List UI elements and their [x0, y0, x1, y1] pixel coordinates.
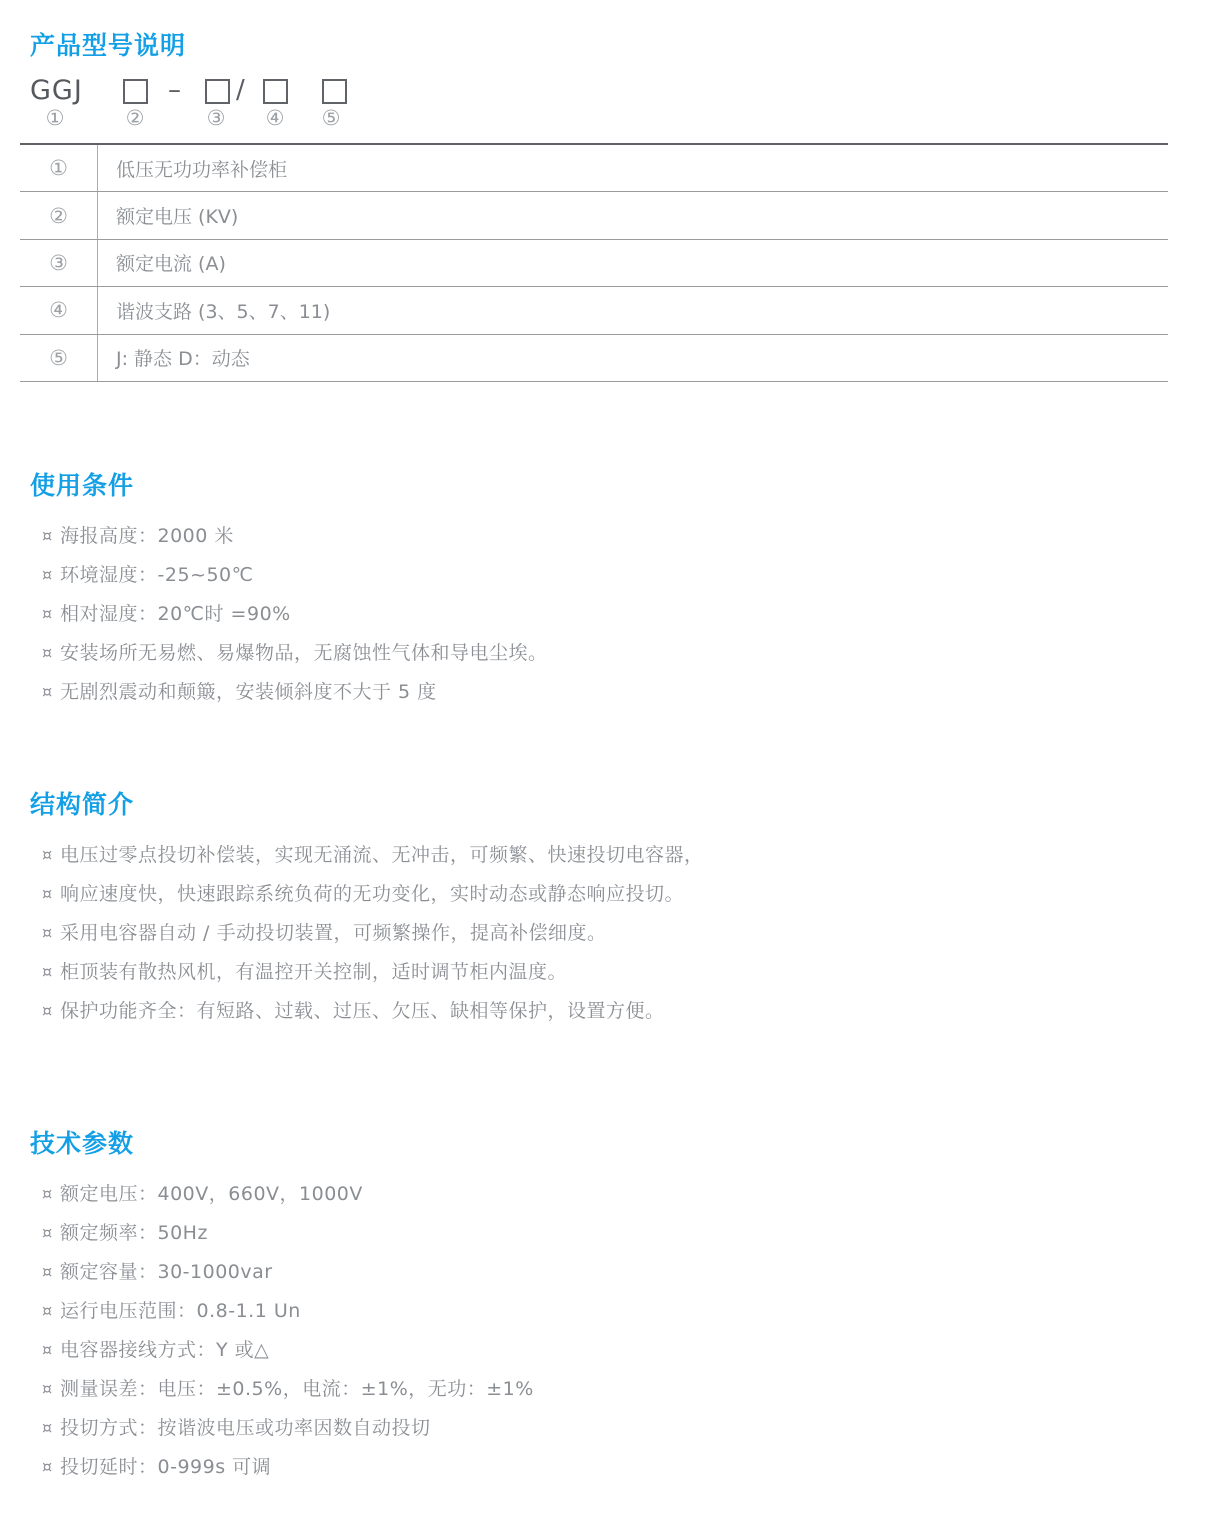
model-placeholder-box-2: [205, 79, 230, 104]
model-legend-table: ① 低压无功功率补偿柜 ② 额定电压 (KV) ③ 额定电流 (A) ④ 谐波支…: [20, 143, 1168, 382]
list-item-text: 运行电压范围：0.8-1.1 Un: [60, 1298, 301, 1324]
list-item: ¤ 无剧烈震动和颠簸，安装倾斜度不大于 5 度: [30, 679, 548, 705]
list-item: ¤ 相对湿度：20℃时 =90%: [30, 601, 548, 627]
bullet-icon: ¤: [42, 1259, 54, 1285]
list-item: ¤ 保护功能齐全：有短路、过载、过压、欠压、缺相等保护，设置方便。: [30, 998, 704, 1024]
list-item-text: 相对湿度：20℃时 =90%: [60, 601, 291, 627]
list-item-text: 环境湿度：-25~50℃: [60, 562, 253, 588]
section-technical-parameters: 技术参数 ¤ 额定电压：400V，660V，1000V ¤ 额定频率：50Hz …: [0, 1131, 1221, 1511]
document-page: 产品型号说明 GGJ – / ① ② ③ ④ ⑤ ① 低压无功功率补偿柜 ② 额…: [0, 0, 1221, 1518]
table-cell-num: ④: [20, 287, 98, 333]
position-mark-5: ⑤: [319, 107, 343, 129]
list-item-text: 额定容量：30-1000var: [60, 1259, 273, 1285]
bullet-icon: ¤: [42, 959, 54, 985]
table-row: ② 额定电压 (KV): [20, 192, 1168, 239]
table-cell-desc: 低压无功功率补偿柜: [98, 155, 287, 182]
position-mark-2: ②: [123, 107, 147, 129]
list-item: ¤ 测量误差：电压：±0.5%，电流：±1%，无功：±1%: [30, 1376, 534, 1402]
table-row: ① 低压无功功率补偿柜: [20, 145, 1168, 192]
position-mark-4: ④: [263, 107, 287, 129]
list-item: ¤ 柜顶装有散热风机，有温控开关控制，适时调节柜内温度。: [30, 959, 704, 985]
table-cell-num: ①: [20, 145, 98, 191]
table-cell-num: ⑤: [20, 335, 98, 381]
bullet-icon: ¤: [42, 1298, 54, 1324]
list-item: ¤ 额定电压：400V，660V，1000V: [30, 1181, 534, 1207]
technical-parameters-list: ¤ 额定电压：400V，660V，1000V ¤ 额定频率：50Hz ¤ 额定容…: [30, 1181, 534, 1493]
section-structure-intro: 结构简介 ¤ 电压过零点投切补偿装，实现无涌流、无冲击，可频繁、快速投切电容器，…: [0, 792, 1221, 1072]
table-cell-num: ②: [20, 192, 98, 238]
bullet-icon: ¤: [42, 1220, 54, 1246]
list-item-text: 安装场所无易燃、易爆物品，无腐蚀性气体和导电尘埃。: [60, 640, 548, 666]
section-usage-conditions: 使用条件 ¤ 海报高度：2000 米 ¤ 环境湿度：-25~50℃ ¤ 相对湿度…: [0, 473, 1221, 733]
list-item: ¤ 海报高度：2000 米: [30, 523, 548, 549]
bullet-icon: ¤: [42, 679, 54, 705]
table-cell-desc: 额定电流 (A): [98, 249, 226, 276]
section-heading-usage-conditions: 使用条件: [30, 473, 134, 499]
table-cell-desc: J: 静态 D：动态: [98, 344, 250, 371]
section-product-model: 产品型号说明 GGJ – / ① ② ③ ④ ⑤ ① 低压无功功率补偿柜 ② 额…: [0, 33, 1221, 433]
list-item-text: 海报高度：2000 米: [60, 523, 234, 549]
list-item-text: 投切延时：0-999s 可调: [60, 1454, 271, 1480]
model-prefix: GGJ: [30, 77, 83, 104]
bullet-icon: ¤: [42, 1415, 54, 1441]
model-dash-separator: –: [168, 77, 181, 104]
list-item-text: 保护功能齐全：有短路、过载、过压、欠压、缺相等保护，设置方便。: [60, 998, 665, 1024]
list-item: ¤ 电容器接线方式：Y 或△: [30, 1337, 534, 1363]
bullet-icon: ¤: [42, 842, 54, 868]
list-item-text: 测量误差：电压：±0.5%，电流：±1%，无功：±1%: [60, 1376, 534, 1402]
list-item: ¤ 安装场所无易燃、易爆物品，无腐蚀性气体和导电尘埃。: [30, 640, 548, 666]
position-mark-3: ③: [204, 107, 228, 129]
list-item: ¤ 额定频率：50Hz: [30, 1220, 534, 1246]
table-cell-num: ③: [20, 240, 98, 286]
bullet-icon: ¤: [42, 523, 54, 549]
list-item-text: 额定电压：400V，660V，1000V: [60, 1181, 363, 1207]
bullet-icon: ¤: [42, 1181, 54, 1207]
table-row: ④ 谐波支路 (3、5、7、11): [20, 287, 1168, 334]
usage-conditions-list: ¤ 海报高度：2000 米 ¤ 环境湿度：-25~50℃ ¤ 相对湿度：20℃时…: [30, 523, 548, 718]
list-item: ¤ 采用电容器自动 / 手动投切装置，可频繁操作，提高补偿细度。: [30, 920, 704, 946]
list-item-text: 电容器接线方式：Y 或△: [60, 1337, 269, 1363]
model-placeholder-box-3: [263, 79, 288, 104]
model-position-marks: ① ② ③ ④ ⑤: [30, 107, 430, 129]
model-placeholder-box-4: [322, 79, 347, 104]
section-heading-technical-parameters: 技术参数: [30, 1131, 134, 1157]
list-item-text: 投切方式：按谐波电压或功率因数自动投切: [60, 1415, 431, 1441]
list-item: ¤ 投切方式：按谐波电压或功率因数自动投切: [30, 1415, 534, 1441]
list-item: ¤ 投切延时：0-999s 可调: [30, 1454, 534, 1480]
structure-intro-list: ¤ 电压过零点投切补偿装，实现无涌流、无冲击，可频繁、快速投切电容器， ¤ 响应…: [30, 842, 704, 1037]
list-item-text: 电压过零点投切补偿装，实现无涌流、无冲击，可频繁、快速投切电容器，: [60, 842, 704, 868]
list-item: ¤ 环境湿度：-25~50℃: [30, 562, 548, 588]
model-slash-separator: /: [236, 77, 245, 104]
bullet-icon: ¤: [42, 998, 54, 1024]
table-cell-desc: 额定电压 (KV): [98, 202, 238, 229]
bullet-icon: ¤: [42, 920, 54, 946]
list-item-text: 无剧烈震动和颠簸，安装倾斜度不大于 5 度: [60, 679, 437, 705]
list-item: ¤ 额定容量：30-1000var: [30, 1259, 534, 1285]
bullet-icon: ¤: [42, 1337, 54, 1363]
list-item-text: 额定频率：50Hz: [60, 1220, 208, 1246]
model-placeholder-box-1: [123, 79, 148, 104]
bullet-icon: ¤: [42, 881, 54, 907]
list-item-text: 响应速度快，快速跟踪系统负荷的无功变化，实时动态或静态响应投切。: [60, 881, 684, 907]
list-item-text: 采用电容器自动 / 手动投切装置，可频繁操作，提高补偿细度。: [60, 920, 606, 946]
table-row: ③ 额定电流 (A): [20, 240, 1168, 287]
table-cell-desc: 谐波支路 (3、5、7、11): [98, 297, 330, 324]
bullet-icon: ¤: [42, 601, 54, 627]
bullet-icon: ¤: [42, 1454, 54, 1480]
bullet-icon: ¤: [42, 562, 54, 588]
list-item: ¤ 运行电压范围：0.8-1.1 Un: [30, 1298, 534, 1324]
list-item: ¤ 电压过零点投切补偿装，实现无涌流、无冲击，可频繁、快速投切电容器，: [30, 842, 704, 868]
bullet-icon: ¤: [42, 640, 54, 666]
position-mark-1: ①: [43, 107, 67, 129]
model-formula: GGJ – /: [30, 77, 430, 105]
list-item-text: 柜顶装有散热风机，有温控开关控制，适时调节柜内温度。: [60, 959, 567, 985]
list-item: ¤ 响应速度快，快速跟踪系统负荷的无功变化，实时动态或静态响应投切。: [30, 881, 704, 907]
section-heading-structure-intro: 结构简介: [30, 792, 134, 818]
table-row: ⑤ J: 静态 D：动态: [20, 335, 1168, 382]
bullet-icon: ¤: [42, 1376, 54, 1402]
section-heading-product-model: 产品型号说明: [30, 33, 186, 59]
